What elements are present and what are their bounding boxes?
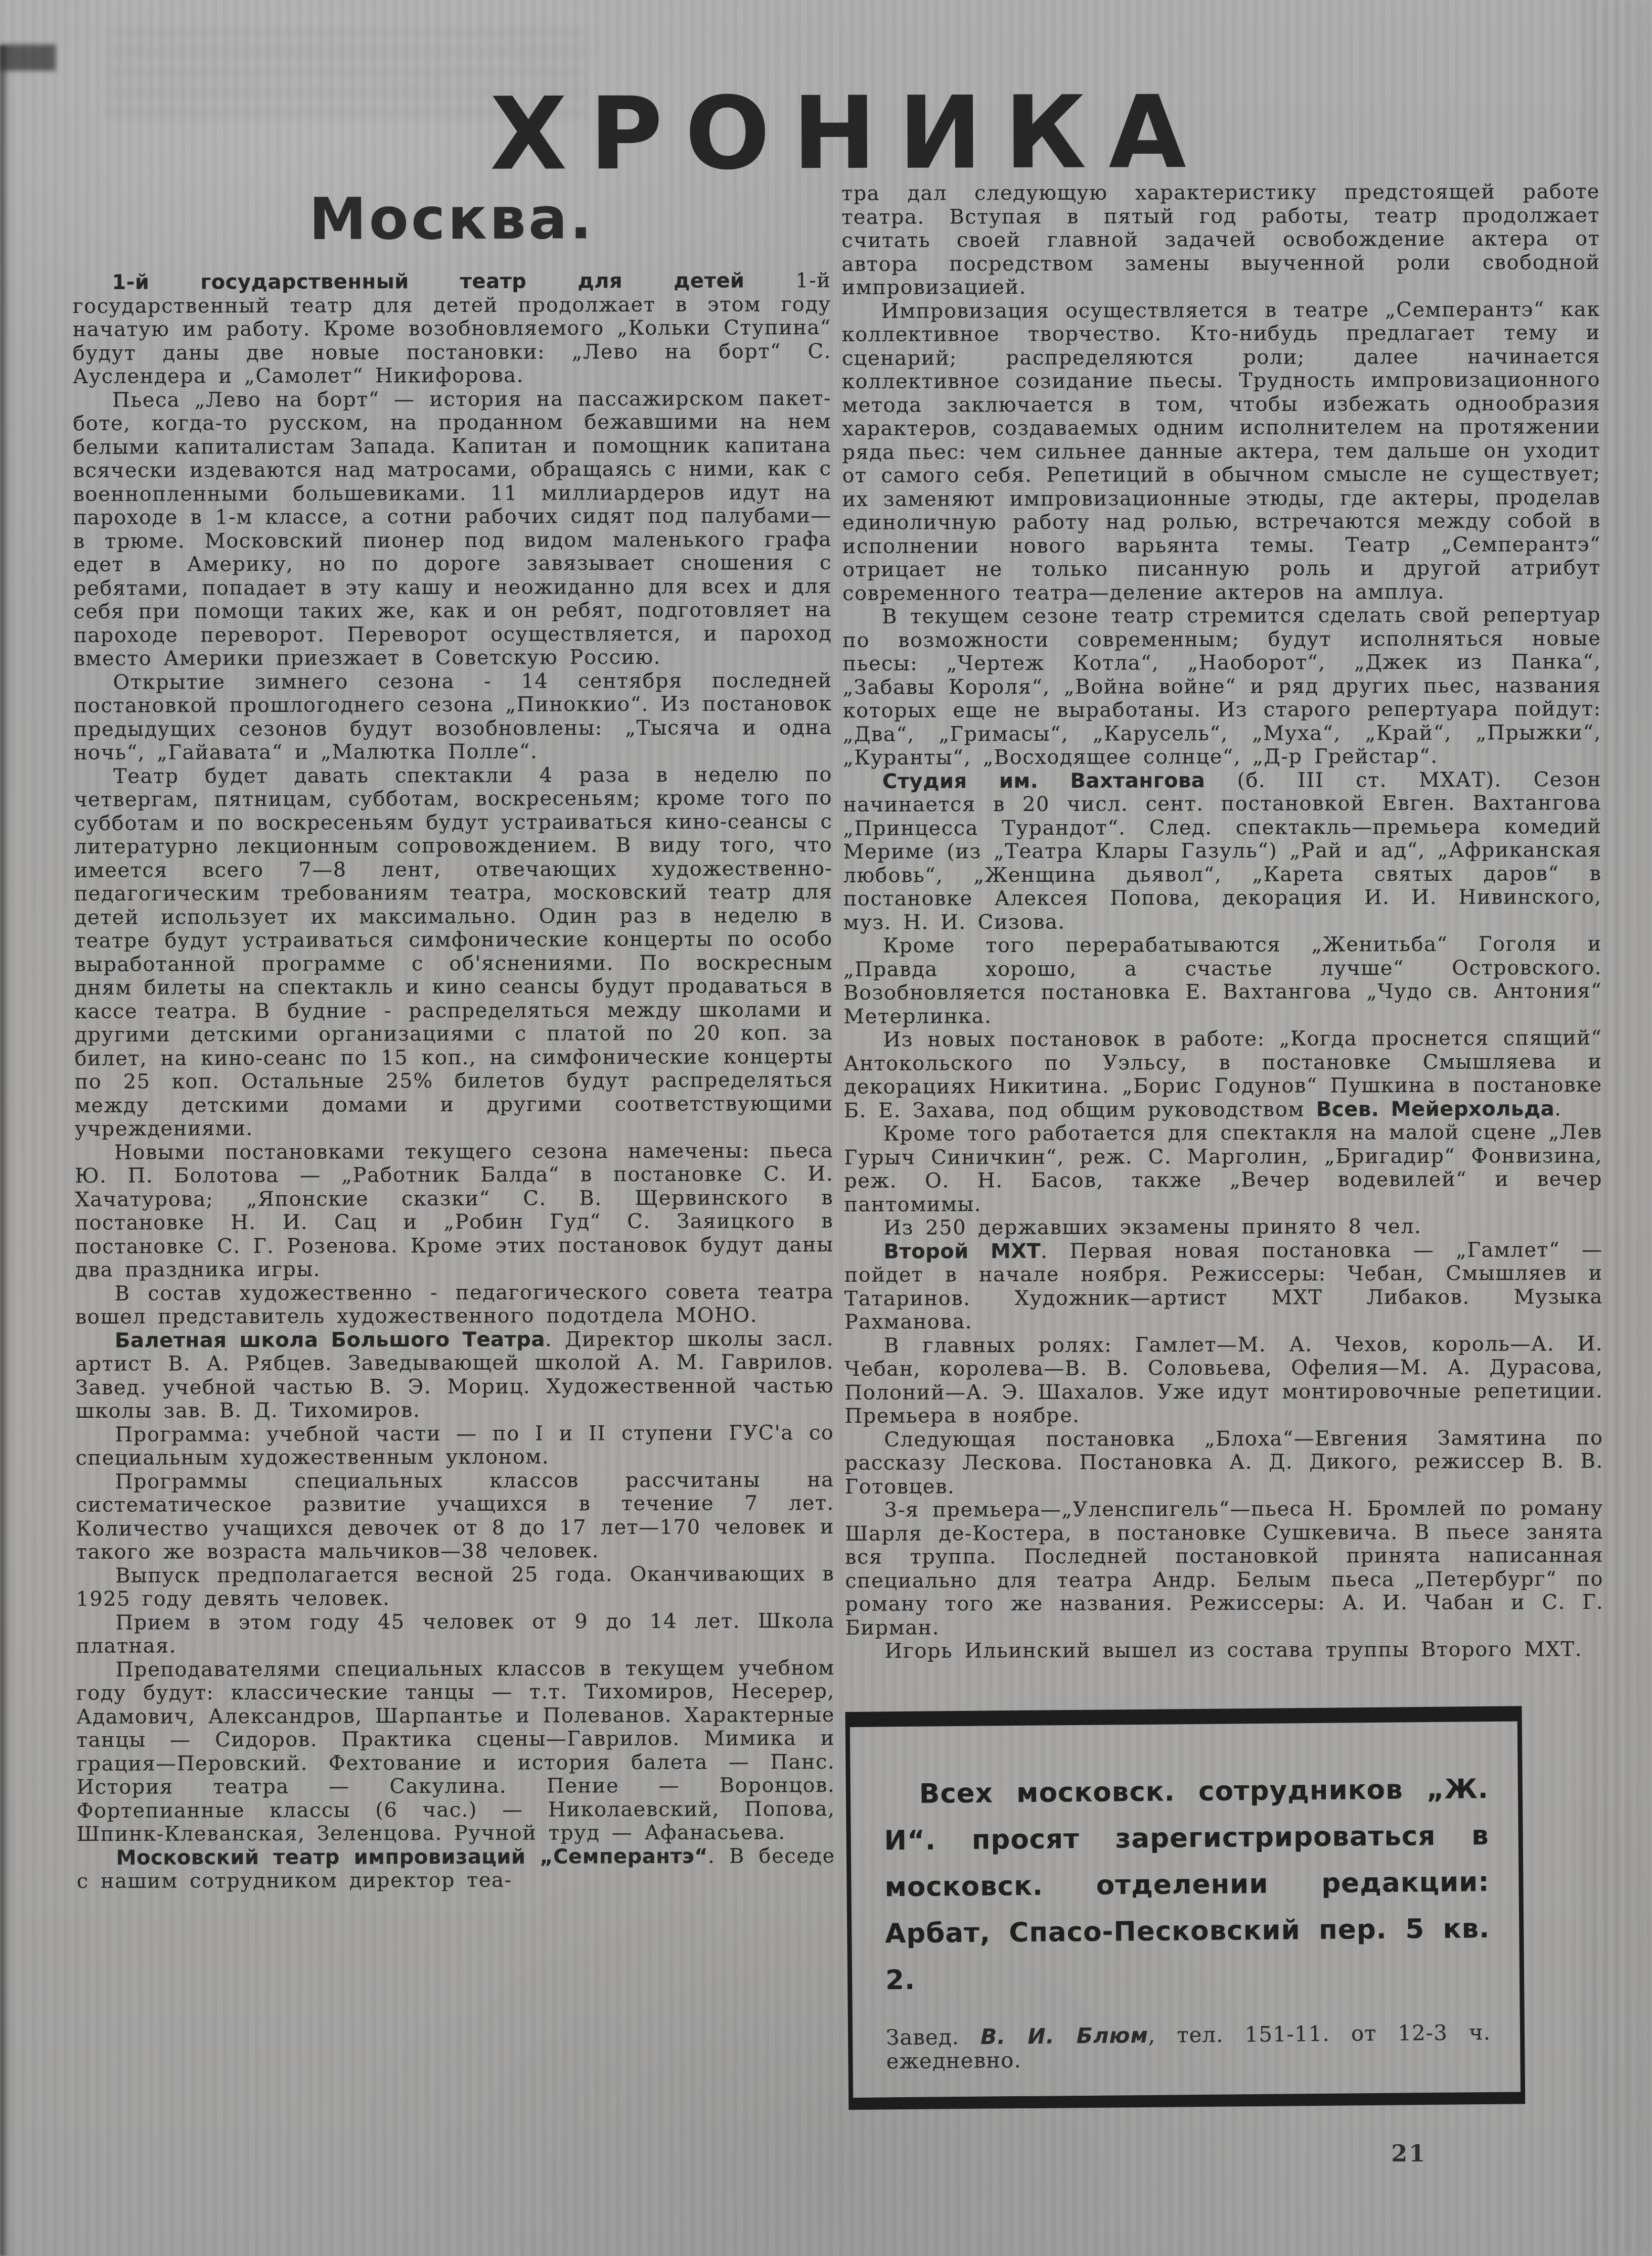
paragraph: Из 250 державших экзамены принято 8 чел. (844, 1214, 1602, 1240)
paragraph: 3-я премьера—„Уленспигель“—пьеса Н. Бром… (845, 1497, 1604, 1640)
paragraph: Следующая постановка „Блоха“—Евгения Зам… (844, 1426, 1603, 1498)
run-in-heading: 1-й государственный театр для детей (112, 269, 744, 294)
paragraph: Игорь Ильинский вышел из состава труппы … (845, 1638, 1603, 1663)
text-run: В главных ролях: Гамлет—М. А. Чехов, кор… (844, 1332, 1603, 1427)
paragraph: Московский театр импровизаций „Семперант… (77, 1844, 835, 1893)
paragraph: Кроме того перерабатываются „Женитьба“ Г… (843, 932, 1602, 1028)
paragraph: В главных ролях: Гамлет—М. А. Чехов, кор… (844, 1332, 1603, 1428)
text-run: Игорь Ильинский вышел из состава труппы … (884, 1638, 1582, 1663)
notice-footer-prefix: Завед. (886, 2024, 980, 2050)
right-column-wrapper: тра дал следующую характеристику предсто… (841, 180, 1605, 2107)
text-run: Программа: учебной части — по I и II сту… (75, 1421, 834, 1469)
left-column: 1-й государственный театр для детей 1-й … (72, 269, 835, 1893)
text-run: В текущем сезоне театр стремится сделать… (842, 603, 1601, 770)
text-run: В состав художественно - педагогического… (75, 1280, 834, 1328)
text-run: Следующая постановка „Блоха“—Евгения Зам… (845, 1426, 1603, 1498)
paragraph: Второй МХТ. Первая новая постановка — „Г… (844, 1238, 1602, 1334)
page-number: 21 (1391, 2140, 1426, 2167)
text-run: Преподавателями специальных классов в те… (76, 1656, 835, 1845)
run-in-heading: Всев. Мейерхольда (1316, 1097, 1554, 1121)
page: ХРОНИКА Москва. 1-й государственный теат… (0, 0, 1652, 2256)
text-run: Открытие зимнего сезона - 14 сентября по… (74, 668, 832, 764)
run-in-heading: Балетная школа Большого Театра (115, 1328, 545, 1352)
paragraph: тра дал следующую характеристику предсто… (841, 180, 1600, 299)
left-column-wrapper: Москва. 1-й государственный театр для де… (72, 188, 835, 1893)
text-run: Из 250 державших экзамены принято 8 чел. (883, 1215, 1421, 1240)
paragraph: В состав художественно - педагогического… (75, 1280, 834, 1329)
notice-footer-name: В. И. Блюм (980, 2022, 1148, 2049)
text-run: Прием в этом году 45 человек от 9 до 14 … (76, 1609, 834, 1657)
text-run: Пьеса „Лево на борт“ — история на пассаж… (73, 386, 832, 670)
text-run: Новыми постановками текущего сезона наме… (75, 1139, 833, 1281)
run-in-heading: Второй МХТ (883, 1239, 1041, 1263)
run-in-heading: Московский театр импровизаций „Семперант… (116, 1844, 708, 1869)
paragraph: 1-й государственный театр для детей 1-й … (72, 269, 831, 388)
editorial-notice-box: Всех московск. сотрудников „Ж. И“. прося… (845, 1706, 1525, 2110)
paragraph: Открытие зимнего сезона - 14 сентября по… (73, 668, 832, 764)
paragraph: Театр будет давать спектакли 4 раза в не… (74, 762, 833, 1141)
paragraph: Кроме того работается для спектакля на м… (844, 1120, 1602, 1216)
text-run: тра дал следующую характеристику предсто… (841, 180, 1600, 299)
paragraph: Прием в этом году 45 человек от 9 до 14 … (76, 1609, 834, 1658)
text-run: (б. III ст. МХАТ). Сезон начинается в 20… (843, 768, 1602, 934)
paragraph: В текущем сезоне театр стремится сделать… (842, 603, 1601, 770)
notice-text: Всех московск. сотрудников „Ж. И“. прося… (883, 1766, 1490, 2003)
text-run: Театр будет давать спектакли 4 раза в не… (74, 762, 833, 1140)
text-run: Выпуск предполагается весной 25 года. Ок… (76, 1562, 834, 1610)
paragraph: Балетная школа Большого Театра. Директор… (75, 1327, 834, 1423)
right-column: тра дал следующую характеристику предсто… (841, 180, 1604, 1663)
paragraph: Импровизация осуществляется в театре „Се… (842, 297, 1601, 605)
section-heading-moscow: Москва. (72, 188, 831, 250)
text-run: Импровизация осуществляется в театре „Се… (842, 297, 1601, 605)
paragraph: Из новых постановок в работе: „Когда про… (843, 1026, 1602, 1122)
paragraph: Преподавателями специальных классов в те… (76, 1656, 835, 1846)
paragraph: Выпуск предполагается весной 25 года. Ок… (76, 1562, 834, 1611)
paragraph: Программа: учебной части — по I и II сту… (75, 1421, 834, 1470)
text-run: . (1554, 1097, 1561, 1120)
paragraph: Программы специальных классов рассчитаны… (76, 1468, 834, 1564)
text-run: 3-я премьера—„Уленспигель“—пьеса Н. Бром… (845, 1497, 1603, 1639)
run-in-heading: Студия им. Вахтангова (882, 769, 1205, 793)
paragraph: Студия им. Вахтангова (б. III ст. МХАТ).… (843, 768, 1602, 934)
page-title: ХРОНИКА (0, 73, 1652, 194)
text-run: Кроме того перерабатываются „Женитьба“ Г… (843, 932, 1602, 1028)
text-run: Программы специальных классов рассчитаны… (76, 1468, 834, 1563)
paragraph: Новыми постановками текущего сезона наме… (75, 1139, 834, 1282)
text-run: Кроме того работается для спектакля на м… (844, 1120, 1602, 1216)
notice-footer: Завед. В. И. Блюм, тел. 151-11. от 12-3 … (886, 2020, 1491, 2072)
paragraph: Пьеса „Лево на борт“ — история на пассаж… (73, 386, 832, 670)
